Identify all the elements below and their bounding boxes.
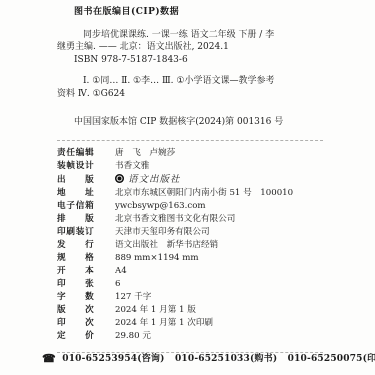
dashed-separator-top	[57, 140, 323, 141]
row-wordcount: 字数 127 千字	[57, 291, 323, 304]
row-email: 电子信箱 ywcbsywp@163.com	[57, 200, 323, 213]
row-value: 127 千字	[115, 291, 323, 304]
row-value: 北京市东城区朝阳门内南小街 51 号 100010	[115, 187, 323, 200]
row-value: 北京书香文雅图书文化有限公司	[115, 213, 323, 226]
row-price: 定价 29.80 元	[57, 330, 323, 343]
isbn-line: ISBN 978-7-5187-1843-6	[57, 54, 323, 67]
row-edition: 版次 2024 年 1 月第 1 版	[57, 304, 323, 317]
telephone-icon: ☎	[42, 352, 56, 365]
row-typesetting: 排版 北京书香文雅图书文化有限公司	[57, 213, 323, 226]
row-label: 字数	[57, 291, 94, 304]
row-label: 发行	[57, 239, 94, 252]
row-label: 出版	[57, 174, 94, 187]
row-label: 版次	[57, 304, 94, 317]
cip-bibliographic-line: 同步培优课课练. 一课一练 语文二年级 下册 / 李	[57, 29, 323, 42]
row-label: 定价	[57, 330, 94, 343]
row-publisher: 出版 语文出版社	[57, 173, 323, 187]
row-label: 印张	[57, 278, 94, 291]
row-spec: 规格 889 mm×1194 mm	[57, 252, 323, 265]
row-value: 29.80 元	[115, 330, 323, 343]
row-value: A4	[115, 265, 323, 278]
cip-classification-line: 资料 Ⅳ. ①G624	[57, 88, 323, 101]
row-label: 印次	[57, 317, 94, 330]
colophon-table: 责任编辑 唐 飞 卢婉莎 装帧设计 书香文雅 出版 语文出版社 地址 北京市东城…	[57, 147, 323, 343]
row-sheets: 印张 6	[57, 278, 323, 291]
row-value: 语文出版社	[115, 173, 323, 187]
row-value: 书香文雅	[115, 160, 323, 173]
row-design: 装帧设计 书香文雅	[57, 160, 323, 173]
row-impression: 印次 2024 年 1 月第 1 次印刷	[57, 317, 323, 330]
row-value: 889 mm×1194 mm	[115, 252, 323, 265]
cip-classification-line: Ⅰ. ①同… Ⅱ. ①李… Ⅲ. ①小学语文课—教学参考	[57, 75, 323, 88]
row-label: 地址	[57, 187, 94, 200]
row-value: 2024 年 1 月第 1 版	[115, 304, 323, 317]
row-value: 天津市天玺印务有限公司	[115, 226, 323, 239]
row-format: 开本 A4	[57, 265, 323, 278]
row-label: 印刷装订	[57, 226, 94, 239]
row-value: ywcbsywp@163.com	[115, 200, 323, 213]
cip-block: 图书在版编目(CIP)数据 同步培优课课练. 一课一练 语文二年级 下册 / 李…	[57, 6, 323, 129]
row-label: 责任编辑	[57, 147, 94, 160]
phone-purchase: 010-65251033(购书)	[175, 354, 277, 364]
page-content: 图书在版编目(CIP)数据 同步培优课课练. 一课一练 语文二年级 下册 / 李…	[57, 6, 323, 359]
cip-heading: 图书在版编目(CIP)数据	[57, 6, 323, 19]
phone-quality: 010-65250075(印装质量)	[288, 354, 375, 364]
row-distribution: 发行 语文出版社 新华书店经销	[57, 239, 323, 252]
row-label: 排版	[57, 213, 94, 226]
row-address: 地址 北京市东城区朝阳门内南小街 51 号 100010	[57, 187, 323, 200]
row-value: 6	[115, 278, 323, 291]
publisher-seal-icon	[115, 174, 124, 183]
row-label: 电子信箱	[57, 200, 94, 213]
copyright-page: 图书在版编目(CIP)数据 同步培优课课练. 一课一练 语文二年级 下册 / 李…	[0, 0, 375, 375]
row-label: 规格	[57, 252, 94, 265]
row-label: 开本	[57, 265, 94, 278]
row-editor: 责任编辑 唐 飞 卢婉莎	[57, 147, 323, 160]
phone-consult: 010-65253954(咨询)	[62, 354, 164, 364]
cip-record-number: 中国国家版本馆 CIP 数据核字(2024)第 001316 号	[57, 116, 323, 129]
row-printing: 印刷装订 天津市天玺印务有限公司	[57, 226, 323, 239]
cip-bibliographic-line: 继勇主编. —— 北京：语文出版社, 2024.1	[57, 41, 323, 54]
row-label: 装帧设计	[57, 160, 94, 173]
contact-phones: ☎ 010-65253954(咨询) 010-65251033(购书) 010-…	[42, 351, 352, 365]
row-value: 2024 年 1 月第 1 次印刷	[115, 317, 323, 330]
row-value: 唐 飞 卢婉莎	[115, 147, 323, 160]
row-value: 语文出版社 新华书店经销	[115, 239, 323, 252]
publisher-name: 语文出版社	[128, 174, 181, 185]
